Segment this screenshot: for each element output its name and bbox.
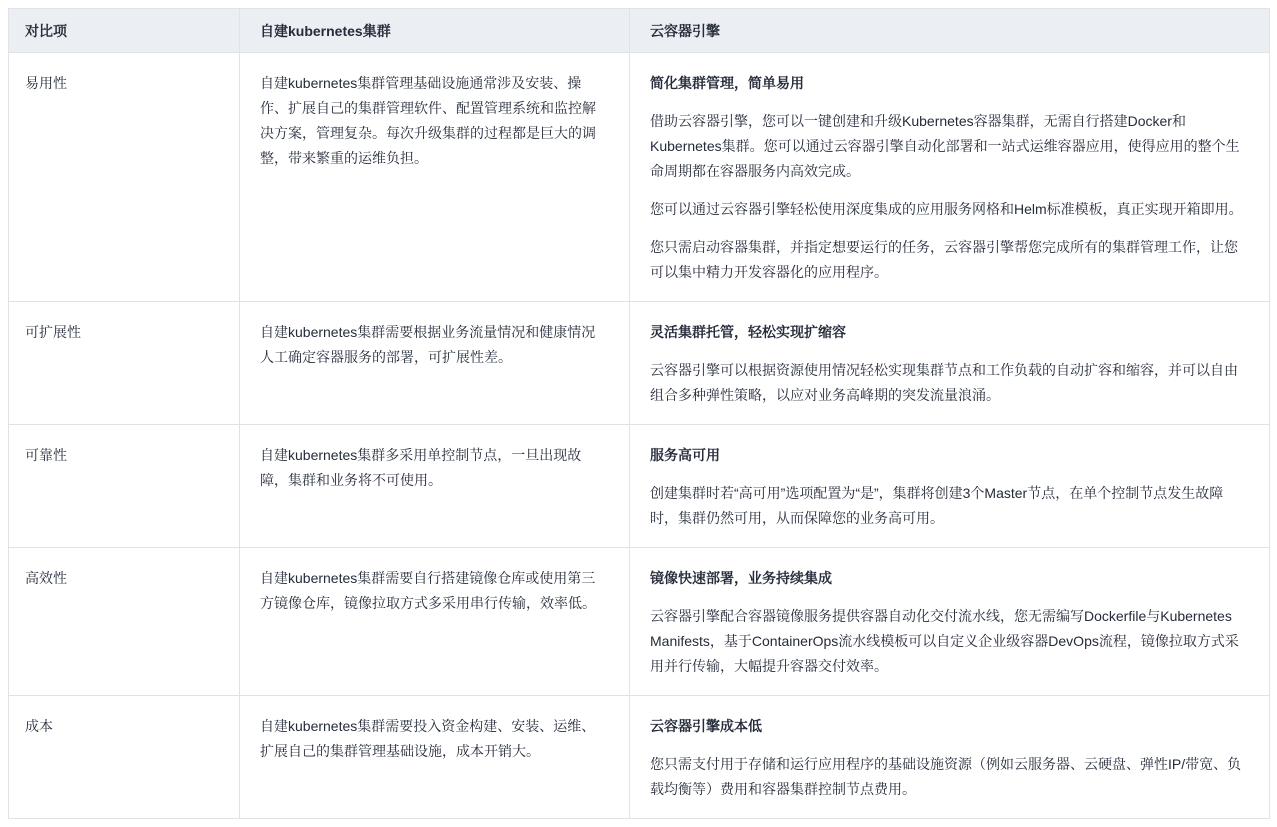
row-label: 可扩展性: [9, 302, 240, 425]
self-built-cell: 自建kubernetes集群需要根据业务流量情况和健康情况人工确定容器服务的部署…: [240, 302, 630, 425]
cce-paragraph: 您只需启动容器集群，并指定想要运行的任务，云容器引擎帮您完成所有的集群管理工作，…: [650, 235, 1249, 285]
cce-paragraph: 创建集群时若“高可用”选项配置为“是”，集群将创建3个Master节点，在单个控…: [650, 481, 1249, 531]
cce-heading: 云容器引擎成本低: [650, 714, 1249, 739]
header-cell-cloud-container-engine: 云容器引擎: [630, 9, 1270, 53]
cce-cell: 服务高可用 创建集群时若“高可用”选项配置为“是”，集群将创建3个Master节…: [630, 425, 1270, 548]
row-label: 成本: [9, 696, 240, 819]
cce-cell: 灵活集群托管，轻松实现扩缩容 云容器引擎可以根据资源使用情况轻松实现集群节点和工…: [630, 302, 1270, 425]
self-built-cell: 自建kubernetes集群管理基础设施通常涉及安装、操作、扩展自己的集群管理软…: [240, 53, 630, 302]
table-row-cost: 成本 自建kubernetes集群需要投入资金构建、安装、运维、扩展自己的集群管…: [9, 696, 1270, 819]
table-row-usability: 易用性 自建kubernetes集群管理基础设施通常涉及安装、操作、扩展自己的集…: [9, 53, 1270, 302]
cce-paragraph: 云容器引擎可以根据资源使用情况轻松实现集群节点和工作负载的自动扩容和缩容，并可以…: [650, 358, 1249, 408]
cce-heading: 镜像快速部署，业务持续集成: [650, 566, 1249, 591]
table-row-efficiency: 高效性 自建kubernetes集群需要自行搭建镜像仓库或使用第三方镜像仓库，镜…: [9, 548, 1270, 696]
cce-heading: 灵活集群托管，轻松实现扩缩容: [650, 320, 1249, 345]
self-built-paragraph: 自建kubernetes集群需要自行搭建镜像仓库或使用第三方镜像仓库，镜像拉取方…: [260, 566, 609, 616]
self-built-paragraph: 自建kubernetes集群多采用单控制节点，一旦出现故障，集群和业务将不可使用…: [260, 443, 609, 493]
page-container: 对比项 自建kubernetes集群 云容器引擎 易用性 自建kubernete…: [0, 0, 1277, 827]
table-header-row: 对比项 自建kubernetes集群 云容器引擎: [9, 9, 1270, 53]
cce-cell: 镜像快速部署，业务持续集成 云容器引擎配合容器镜像服务提供容器自动化交付流水线，…: [630, 548, 1270, 696]
cce-paragraph: 借助云容器引擎，您可以一键创建和升级Kubernetes容器集群，无需自行搭建D…: [650, 109, 1249, 184]
self-built-cell: 自建kubernetes集群多采用单控制节点，一旦出现故障，集群和业务将不可使用…: [240, 425, 630, 548]
cce-paragraph: 您只需支付用于存储和运行应用程序的基础设施资源（例如云服务器、云硬盘、弹性IP/…: [650, 752, 1249, 802]
row-label: 可靠性: [9, 425, 240, 548]
self-built-paragraph: 自建kubernetes集群需要根据业务流量情况和健康情况人工确定容器服务的部署…: [260, 320, 609, 370]
cce-cell: 简化集群管理，简单易用 借助云容器引擎，您可以一键创建和升级Kubernetes…: [630, 53, 1270, 302]
cce-cell: 云容器引擎成本低 您只需支付用于存储和运行应用程序的基础设施资源（例如云服务器、…: [630, 696, 1270, 819]
table-row-reliability: 可靠性 自建kubernetes集群多采用单控制节点，一旦出现故障，集群和业务将…: [9, 425, 1270, 548]
cce-heading: 简化集群管理，简单易用: [650, 71, 1249, 96]
cce-heading: 服务高可用: [650, 443, 1249, 468]
header-cell-comparison-item: 对比项: [9, 9, 240, 53]
cce-paragraph: 您可以通过云容器引擎轻松使用深度集成的应用服务网格和Helm标准模板，真正实现开…: [650, 197, 1249, 222]
self-built-paragraph: 自建kubernetes集群管理基础设施通常涉及安装、操作、扩展自己的集群管理软…: [260, 71, 609, 171]
self-built-cell: 自建kubernetes集群需要自行搭建镜像仓库或使用第三方镜像仓库，镜像拉取方…: [240, 548, 630, 696]
row-label: 高效性: [9, 548, 240, 696]
self-built-cell: 自建kubernetes集群需要投入资金构建、安装、运维、扩展自己的集群管理基础…: [240, 696, 630, 819]
header-cell-self-built-cluster: 自建kubernetes集群: [240, 9, 630, 53]
cce-paragraph: 云容器引擎配合容器镜像服务提供容器自动化交付流水线，您无需编写Dockerfil…: [650, 604, 1249, 679]
comparison-table: 对比项 自建kubernetes集群 云容器引擎 易用性 自建kubernete…: [8, 8, 1270, 819]
row-label: 易用性: [9, 53, 240, 302]
table-row-scalability: 可扩展性 自建kubernetes集群需要根据业务流量情况和健康情况人工确定容器…: [9, 302, 1270, 425]
self-built-paragraph: 自建kubernetes集群需要投入资金构建、安装、运维、扩展自己的集群管理基础…: [260, 714, 609, 764]
